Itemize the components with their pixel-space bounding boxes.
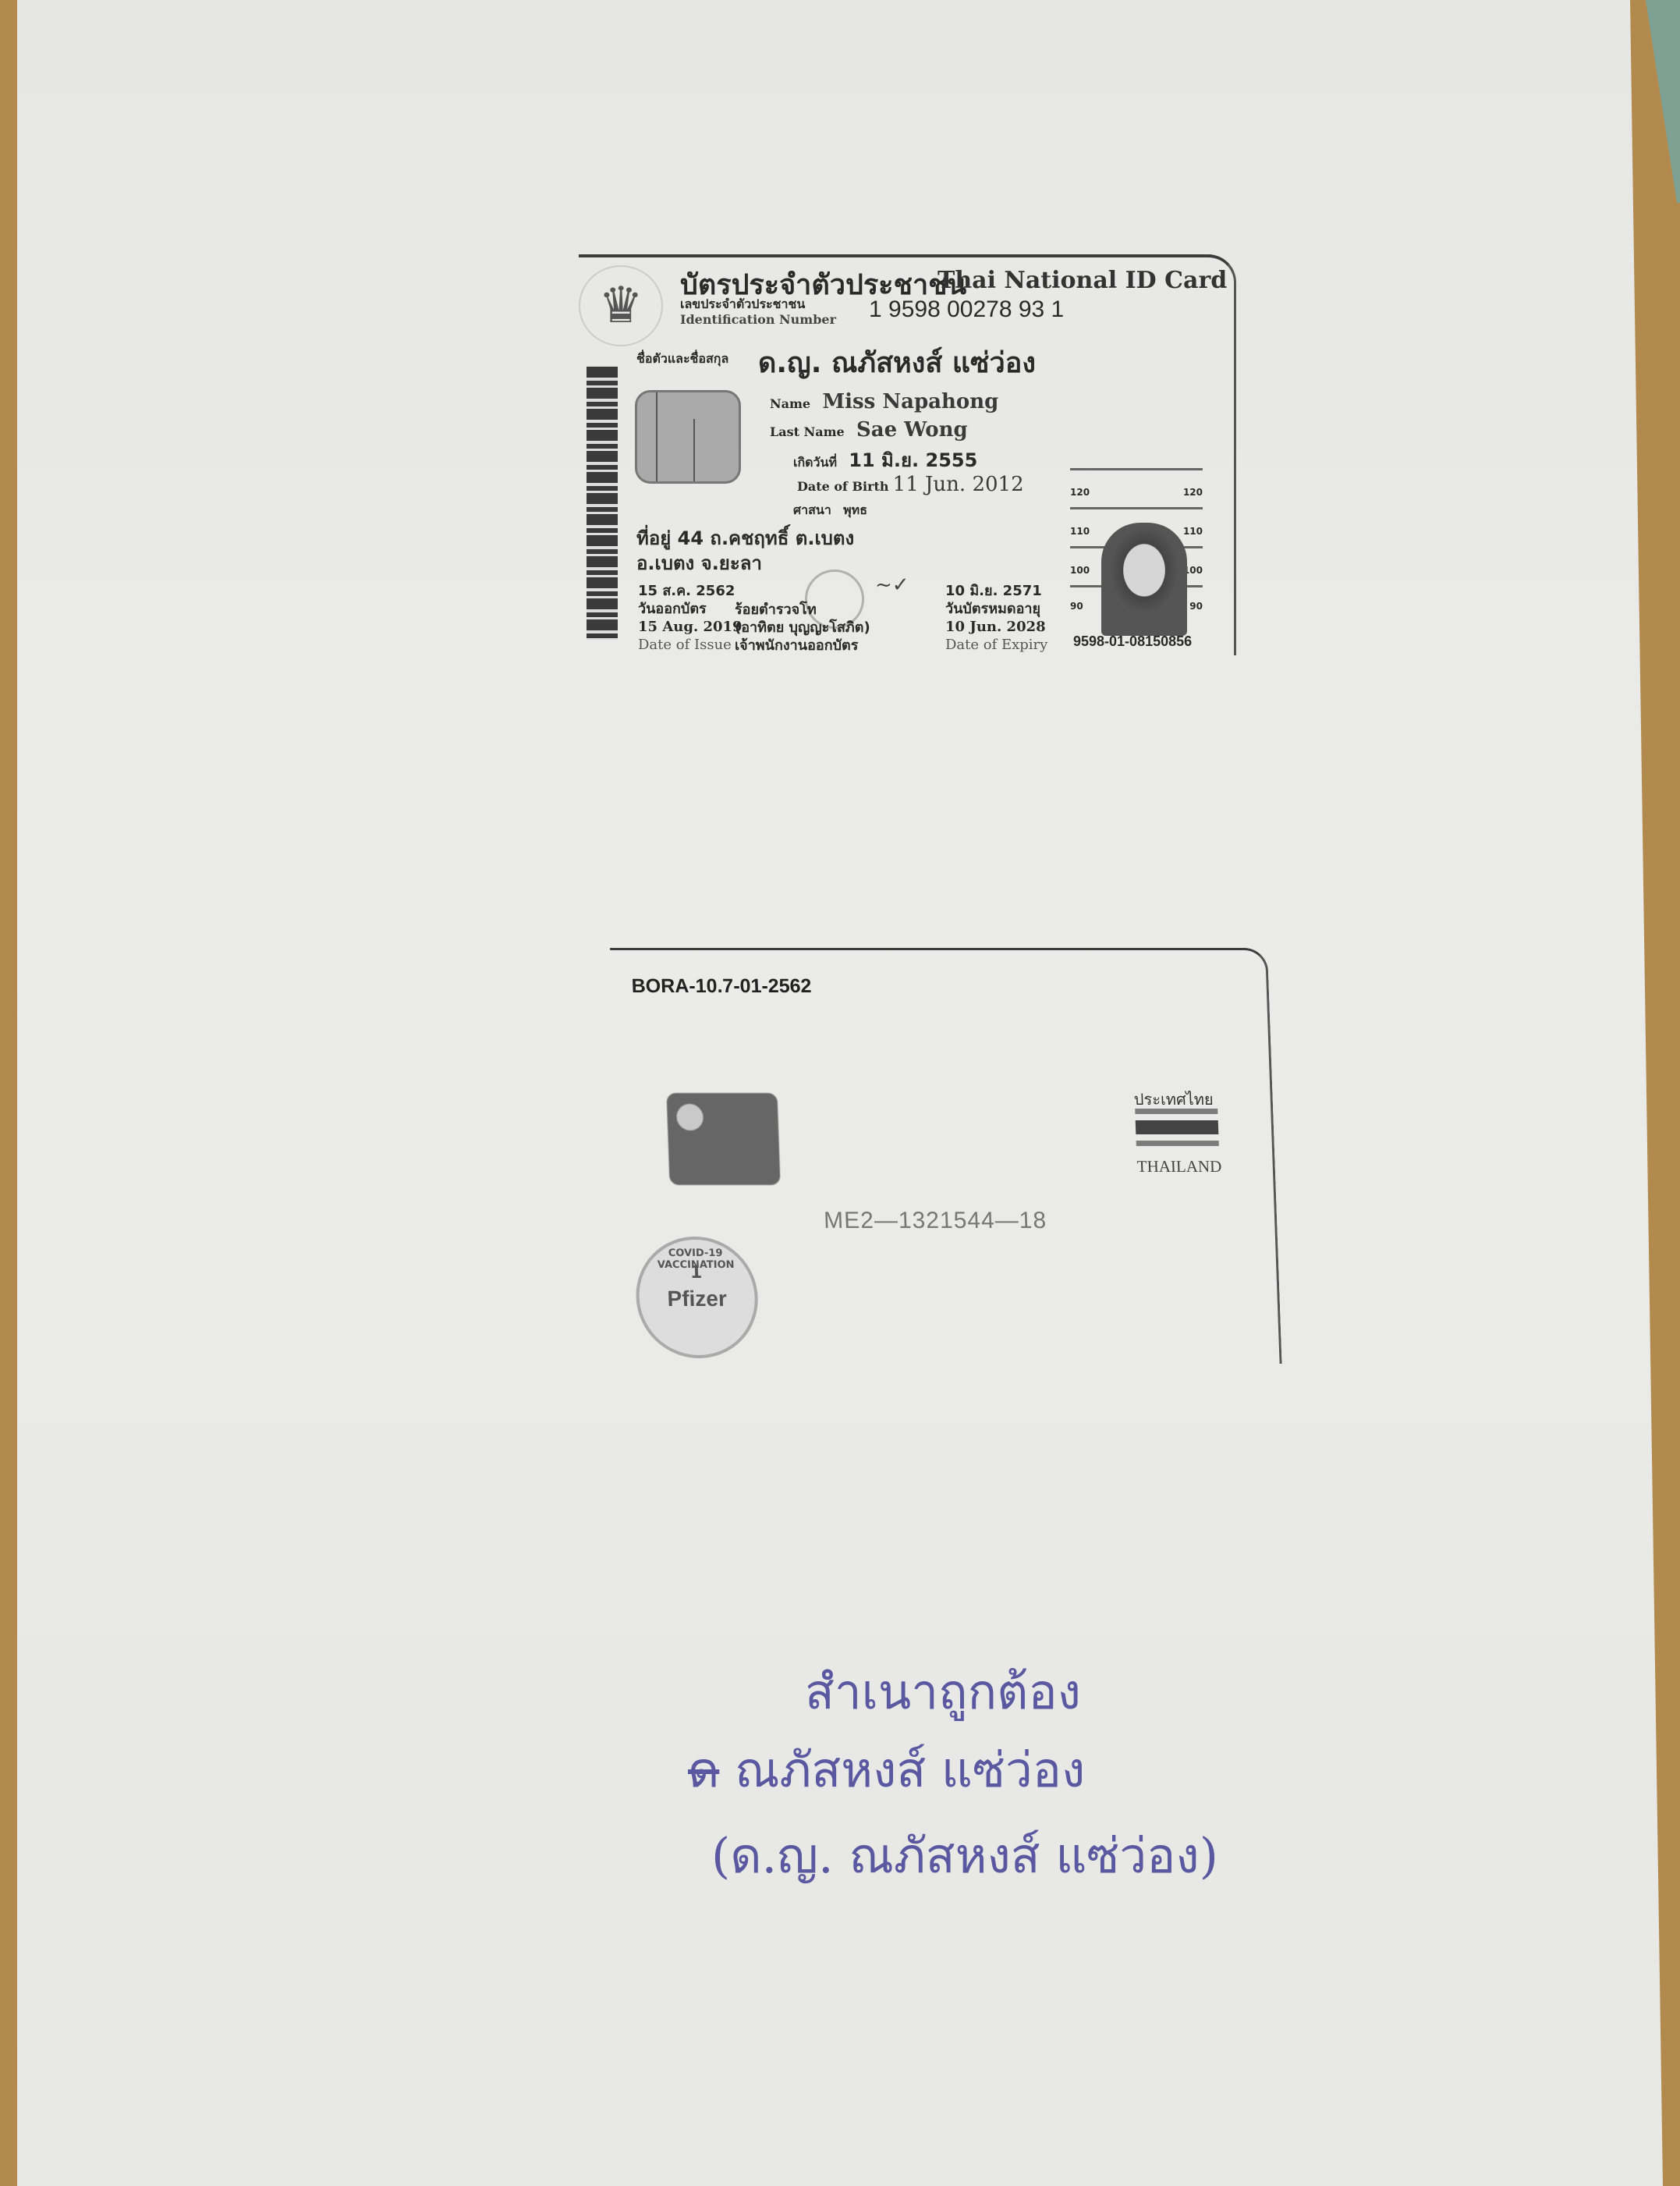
- fullname-thai: ด.ญ. ณภัสหงส์ แซ่ว่อง: [758, 340, 1036, 385]
- dob-label-thai: เกิดวันที่: [793, 455, 837, 470]
- dob-english: 11 Jun. 2012: [893, 473, 1024, 496]
- height-scale-label: 110: [1070, 526, 1090, 537]
- address-line-2: อ.เบตง จ.ยะลา: [636, 548, 762, 578]
- signature-line: ด ณภัสหงส์ แซ่ว่อง: [688, 1732, 1085, 1808]
- name-value: Miss Napahong: [822, 390, 998, 413]
- garuda-emblem-icon: ♛: [579, 265, 663, 346]
- height-scale-label: 90: [1189, 601, 1203, 612]
- officer-role: เจ้าพนักงานออกบัตร: [735, 637, 870, 655]
- issue-label-thai: วันออกบัตร: [638, 600, 743, 618]
- smart-chip-icon: [635, 390, 741, 484]
- expiry-label-english: Date of Expiry: [945, 636, 1047, 654]
- hologram-icon: [666, 1093, 780, 1185]
- id-card-front: ♛ บัตรประจำตัวประชาชน Thai National ID C…: [579, 254, 1236, 655]
- height-scale-label: 110: [1183, 526, 1203, 537]
- card-serial: ME2—1321544—18: [824, 1208, 1047, 1234]
- religion-label: ศาสนา: [793, 502, 831, 517]
- officer-name: (อาทิตย บุญญะโสภิต): [735, 619, 870, 637]
- religion-value: พุทธ: [843, 502, 867, 517]
- issue-label-english: Date of Issue: [638, 636, 743, 654]
- officer-signature: ~✓: [875, 573, 909, 597]
- laser-code: BORA-10.7-01-2562: [631, 975, 812, 998]
- photo-code: 9598-01-08150856: [1073, 633, 1192, 650]
- dob-thai-row: เกิดวันที่ 11 มิ.ย. 2555: [793, 445, 977, 475]
- barcode-strip: [587, 367, 618, 640]
- card-title-english: Thai National ID Card: [937, 267, 1227, 294]
- expiry-date-thai: 10 มิ.ย. 2571: [945, 582, 1047, 600]
- religion-row: ศาสนา พุทธ: [793, 501, 867, 520]
- expiry-label-thai: วันบัตรหมดอายุ: [945, 600, 1047, 618]
- id-number-label-english: Identification Number: [680, 312, 836, 327]
- officer-title: ร้อยตำรวจโท: [735, 601, 870, 619]
- vaccination-dose: 1: [638, 1263, 754, 1283]
- issue-date-thai: 15 ส.ค. 2562: [638, 582, 743, 600]
- country-name-english: THAILAND: [1136, 1157, 1221, 1176]
- certified-copy-note: สำเนาถูกต้อง: [805, 1654, 1081, 1730]
- height-scale-label: 120: [1183, 487, 1203, 498]
- issue-date-block: 15 ส.ค. 2562 วันออกบัตร 15 Aug. 2019 Dat…: [638, 582, 743, 654]
- expiry-date-block: 10 มิ.ย. 2571 วันบัตรหมดอายุ 10 Jun. 202…: [945, 582, 1047, 654]
- printed-name-in-parentheses: (ด.ญ. ณภัสหงส์ แซ่ว่อง): [711, 1818, 1218, 1894]
- portrait-person-icon: [1101, 523, 1187, 636]
- portrait-photo: 120 120 110 110 100 100 90 90: [1070, 468, 1203, 640]
- dob-english-row: Date of Birth 11 Jun. 2012: [797, 473, 1024, 496]
- issue-date-english: 15 Aug. 2019: [638, 618, 743, 636]
- id-card-back: BORA-10.7-01-2562 ประเทศไทย THAILAND ME2…: [610, 948, 1282, 1364]
- name-row: Name Miss Napahong: [770, 390, 998, 413]
- thai-flag-icon: [1135, 1109, 1219, 1152]
- lastname-label: Last Name: [770, 424, 845, 439]
- dob-thai: 11 มิ.ย. 2555: [849, 449, 977, 471]
- expiry-date-english: 10 Jun. 2028: [945, 618, 1047, 636]
- name-label: Name: [770, 396, 810, 411]
- fullname-label-thai: ชื่อตัวและชื่อสกุล: [636, 350, 728, 369]
- lastname-value: Sae Wong: [856, 418, 968, 442]
- height-scale-label: 120: [1070, 487, 1090, 498]
- vaccination-stamp: COVID-19 VACCINATION 1 Pfizer: [634, 1237, 760, 1358]
- officer-block: ร้อยตำรวจโท (อาทิตย บุญญะโสภิต) เจ้าพนัก…: [735, 601, 870, 655]
- height-scale-label: 90: [1070, 601, 1083, 612]
- struck-out-mark: ด: [688, 1741, 719, 1798]
- background-surface: [1630, 0, 1680, 203]
- lastname-row: Last Name Sae Wong: [770, 418, 968, 442]
- id-number: 1 9598 00278 93 1: [869, 296, 1064, 323]
- photocopy-page: ♛ บัตรประจำตัวประชาชน Thai National ID C…: [17, 0, 1663, 2186]
- signature-name: ณภัสหงส์ แซ่ว่อง: [735, 1741, 1085, 1798]
- dob-label-english: Date of Birth: [797, 479, 889, 494]
- vaccine-brand: Pfizer: [639, 1286, 755, 1311]
- height-scale-label: 100: [1070, 565, 1090, 576]
